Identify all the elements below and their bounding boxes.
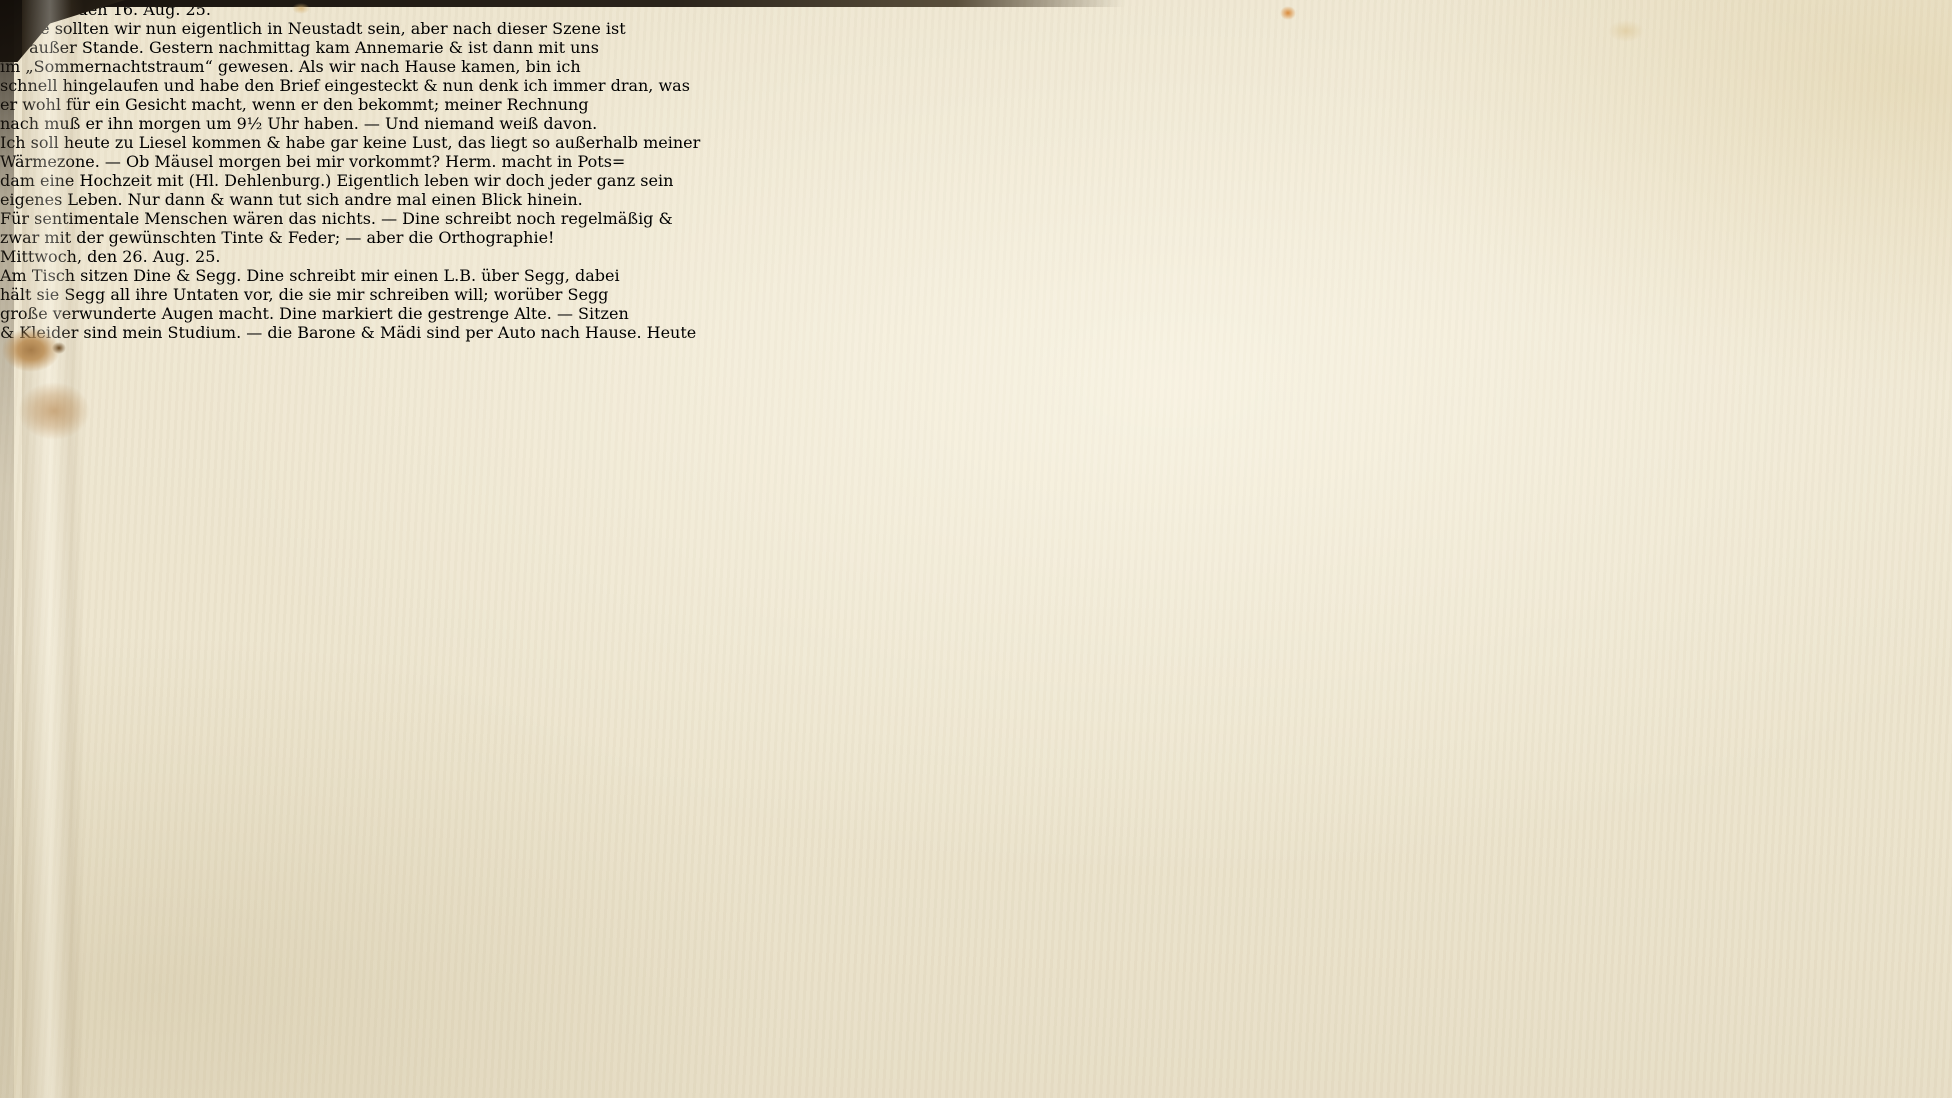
manuscript-line: dam eine Hochzeit mit (Hl. Dehlenburg.) … bbox=[0, 171, 1952, 190]
manuscript-line: hält sie Segg all ihre Untaten vor, die … bbox=[0, 285, 1952, 304]
diary-entry-2: Mittwoch, den 26. Aug. 25. Am Tisch sitz… bbox=[0, 247, 1952, 342]
manuscript-line: & Kleider sind mein Studium. — die Baron… bbox=[0, 323, 1952, 342]
entry-date-heading: Mittwoch, den 26. Aug. 25. bbox=[0, 247, 1952, 266]
manuscript-line: Am Tisch sitzen Dine & Segg. Dine schrei… bbox=[0, 266, 1952, 285]
binding-edge-shadow bbox=[0, 0, 14, 1098]
manuscript-line: Wärmezone. — Ob Mäusel morgen bei mir vo… bbox=[0, 152, 1952, 171]
book-edge-top-strip bbox=[0, 0, 1125, 7]
manuscript-line: nach muß er ihn morgen um 9½ Uhr haben. … bbox=[0, 114, 1952, 133]
manuscript-line: zwar mit der gewünschten Tinte & Feder; … bbox=[0, 228, 1952, 247]
page-crease bbox=[22, 0, 84, 1098]
manuscript-line: große verwunderte Augen macht. Dine mark… bbox=[0, 304, 1952, 323]
manuscript-line: Tel außer Stande. Gestern nachmittag kam… bbox=[0, 38, 1952, 57]
manuscript-line: im „Sommernachtstraum“ gewesen. Als wir … bbox=[0, 57, 1952, 76]
manuscript-line: schnell hingelaufen und habe den Brief e… bbox=[0, 76, 1952, 95]
diary-page-scan: Sonntag, den 16. Aug. 25. Heute sollten … bbox=[0, 0, 1952, 1098]
manuscript-line: Heute sollten wir nun eigentlich in Neus… bbox=[0, 19, 1952, 38]
diary-entry-1: Sonntag, den 16. Aug. 25. Heute sollten … bbox=[0, 0, 1952, 247]
manuscript-line: Ich soll heute zu Liesel kommen & habe g… bbox=[0, 133, 1952, 152]
manuscript-line: er wohl für ein Gesicht macht, wenn er d… bbox=[0, 95, 1952, 114]
manuscript-line: eigenes Leben. Nur dann & wann tut sich … bbox=[0, 190, 1952, 209]
manuscript-line: Für sentimentale Menschen wären das nich… bbox=[0, 209, 1952, 228]
